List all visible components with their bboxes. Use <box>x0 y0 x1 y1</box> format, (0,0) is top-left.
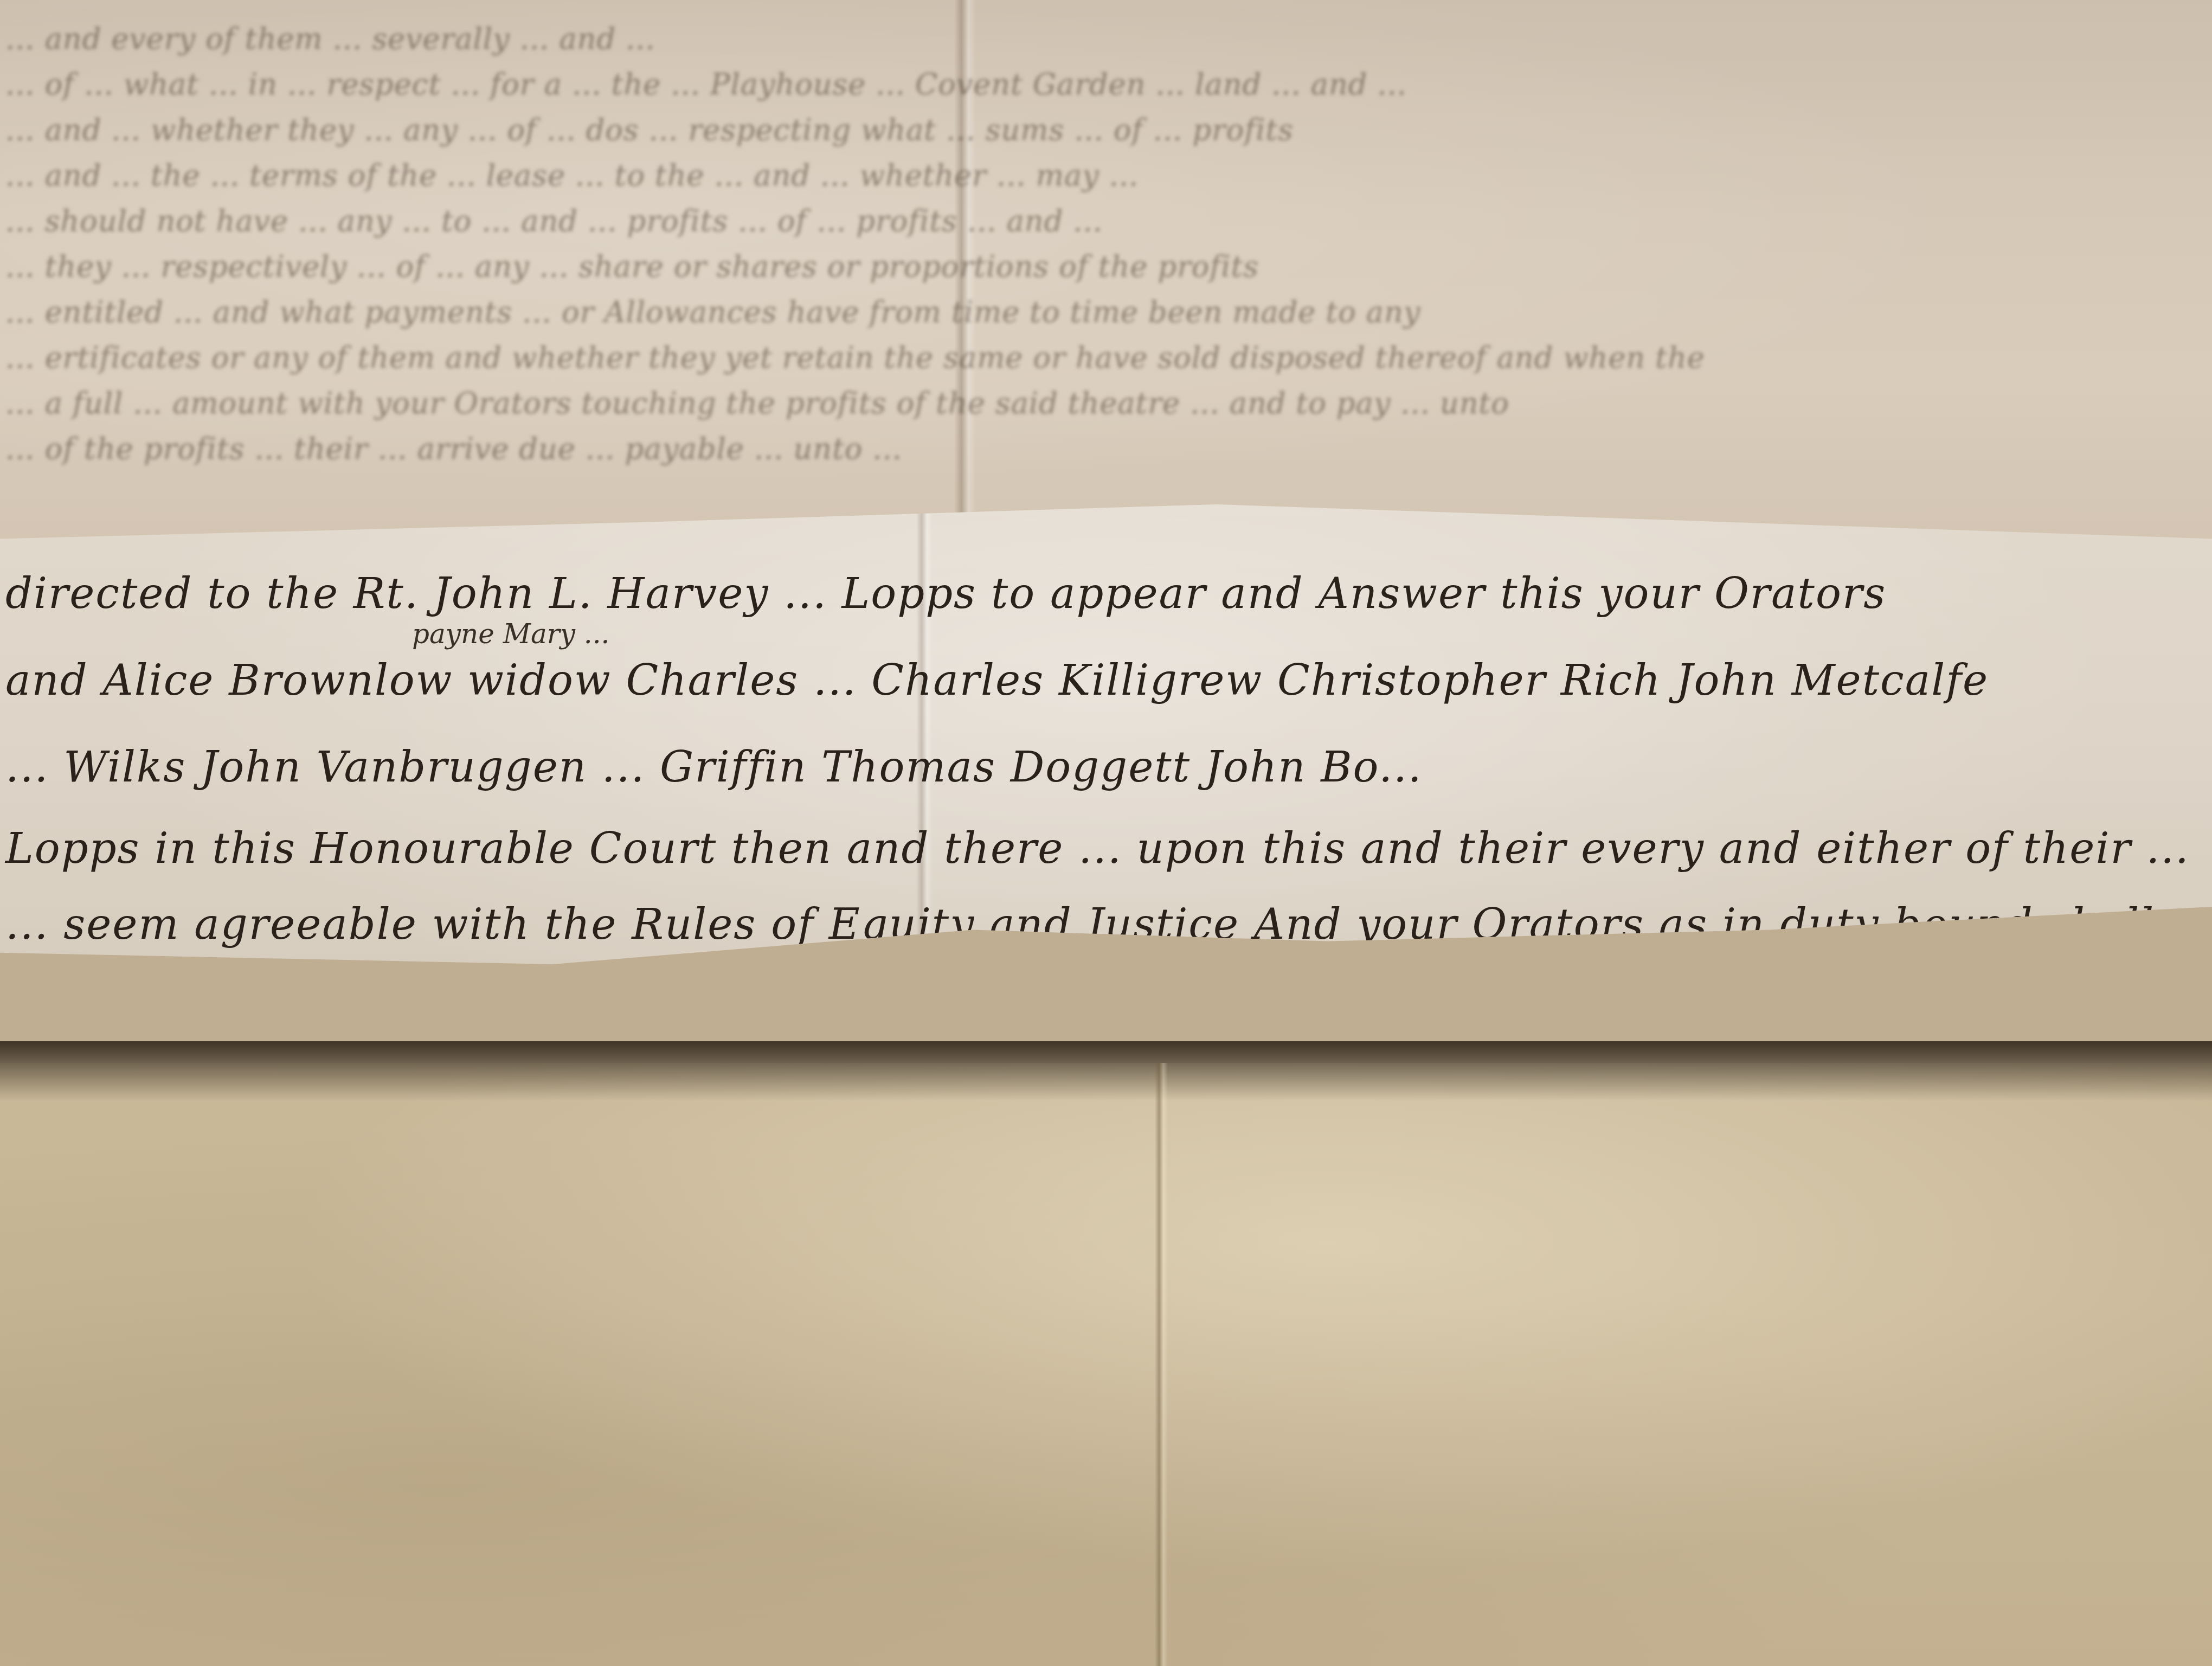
parchment-document: ... and every of them ... severally ... … <box>0 0 2212 1666</box>
ink-mark-icon <box>1079 949 1098 982</box>
faded-line: ... should not have ... any ... to ... a… <box>0 198 2212 244</box>
faded-line: ... a full ... amount with your Orators … <box>0 381 2212 426</box>
faded-line: ... and ... whether they ... any ... of … <box>0 107 2212 153</box>
upper-faded-text-region: ... and every of them ... severally ... … <box>0 0 2212 548</box>
faded-line: ... of ... what ... in ... respect ... f… <box>0 62 2212 107</box>
vertical-seam <box>1155 1063 1168 1666</box>
handwritten-line: ... Wilks John Vanbruggen ... Griffin Th… <box>5 743 1423 792</box>
handwritten-line: and Alice Brownlow widow Charles ... Cha… <box>5 656 1989 705</box>
handwritten-line: directed to the Rt. John L. Harvey ... L… <box>5 569 1886 618</box>
faded-line: ... they ... respectively ... of ... any… <box>0 244 2212 290</box>
faded-text-block: ... and every of them ... severally ... … <box>0 16 2212 472</box>
handwritten-line: ... seem agreeable with the Rules of Equ… <box>5 900 2212 949</box>
focused-handwriting-band: directed to the Rt. John L. Harvey ... L… <box>0 504 2212 1079</box>
faded-line: ... of the profits ... their ... arrive … <box>0 426 2212 472</box>
faded-line: ... and ... the ... terms of the ... lea… <box>0 153 2212 198</box>
faded-line: ... and every of them ... severally ... … <box>0 16 2212 62</box>
lower-vellum-sheet <box>0 1063 2212 1666</box>
handwritten-line: Lopps in this Honourable Court then and … <box>5 824 2190 873</box>
faded-line: ... ertificates or any of them and wheth… <box>0 335 2212 381</box>
fold-shadow <box>0 1041 2212 1101</box>
interlinear-note: payne Mary ... <box>412 618 609 650</box>
faded-line: ... entitled ... and what payments ... o… <box>0 290 2212 335</box>
